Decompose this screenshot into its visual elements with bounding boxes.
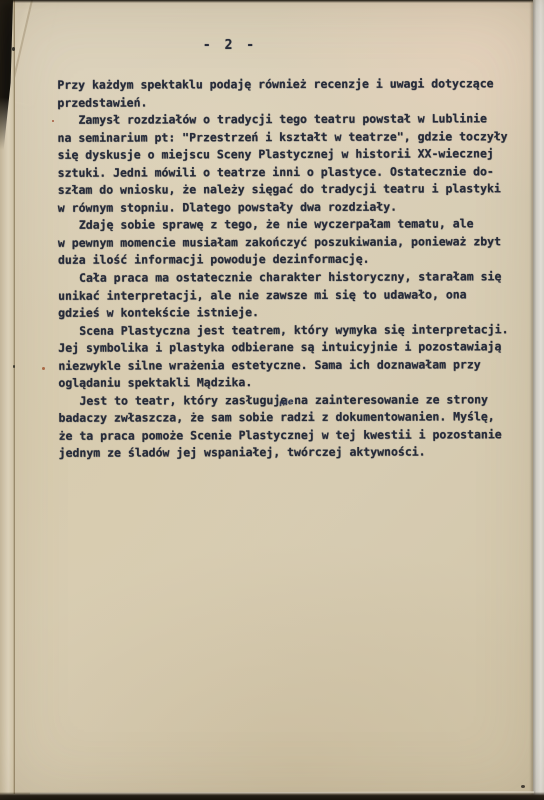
text-line: sztuki. Jedni mówili o teatrze inni o pl…	[58, 164, 494, 180]
text-line: się dyskusje o miejscu Sceny Plastycznej…	[58, 146, 494, 162]
text-line: Zdaję sobie sprawę z tego, że nie wyczer…	[58, 217, 474, 232]
text-line: na seminarium pt: "Przestrzeń i kształt …	[58, 129, 508, 145]
text-line: w równym stopniu. Dlatego powstały dwa r…	[58, 199, 397, 214]
text-line: niezwykle silne wrażenia estetyczne. Sam…	[58, 357, 480, 372]
photo-bottom-edge	[0, 792, 544, 800]
paragraph: Przy każdym spektaklu podaję również rec…	[57, 75, 519, 112]
page-number: - 2 -	[203, 38, 257, 53]
paragraph: Zamysł rozdziałów o tradycji tego teatru…	[57, 110, 519, 217]
paragraph: Zdaję sobie sprawę z tego, że nie wyczer…	[58, 216, 520, 270]
paper-speck	[12, 47, 15, 51]
text-line: Cała praca ma ostatecznie charakter hist…	[58, 269, 501, 285]
paragraph: Scena Plastyczna jest teatrem, który wym…	[58, 321, 520, 393]
text-line: oglądaniu spektakli Mądzika.	[58, 375, 252, 390]
paper-speck	[521, 785, 525, 788]
paper-speck	[52, 120, 54, 122]
text-line: gdzieś w kontekście istnieje.	[58, 305, 259, 320]
photo-top-edge	[0, 0, 544, 3]
text-line: Scena Plastyczna jest teatrem, który wym…	[58, 322, 508, 338]
paragraph: Cała praca ma ostatecznie charakter hist…	[58, 268, 520, 322]
scanned-document-photo: - 2 - Przy każdym spektaklu podaję równi…	[0, 0, 544, 800]
text-line: badaczy zwłaszcza, że sam sobie radzi z …	[58, 410, 494, 426]
text-line: przedstawień.	[57, 95, 147, 109]
text-line: duża ilość informacji powoduje dezinform…	[58, 252, 370, 267]
text-line: w pewnym momencie musiałam zakończyć pos…	[58, 234, 501, 250]
text-line: że ta praca pomoże Scenie Plastycznej w …	[59, 427, 502, 443]
text-line: Jest to teatr, który zasługuje na zainte…	[58, 392, 488, 407]
text-line: Jej symbolika i plastyka odbierane są in…	[58, 339, 501, 355]
text-line: jednym ze śladów jej wspaniałej, twórcze…	[59, 445, 426, 460]
text-line: Przy każdym spektaklu podaję również rec…	[57, 76, 493, 92]
paper-speck	[13, 365, 15, 368]
paper-speck	[42, 367, 45, 370]
text-line: Zamysł rozdziałów o tradycji tego teatru…	[57, 111, 487, 126]
text-line: unikać interpretacji, ale nie zawsze mi …	[58, 287, 467, 302]
text-line: szłam do wniosku, że należy sięgać do tr…	[58, 182, 501, 198]
page-right-edge	[533, 0, 544, 800]
